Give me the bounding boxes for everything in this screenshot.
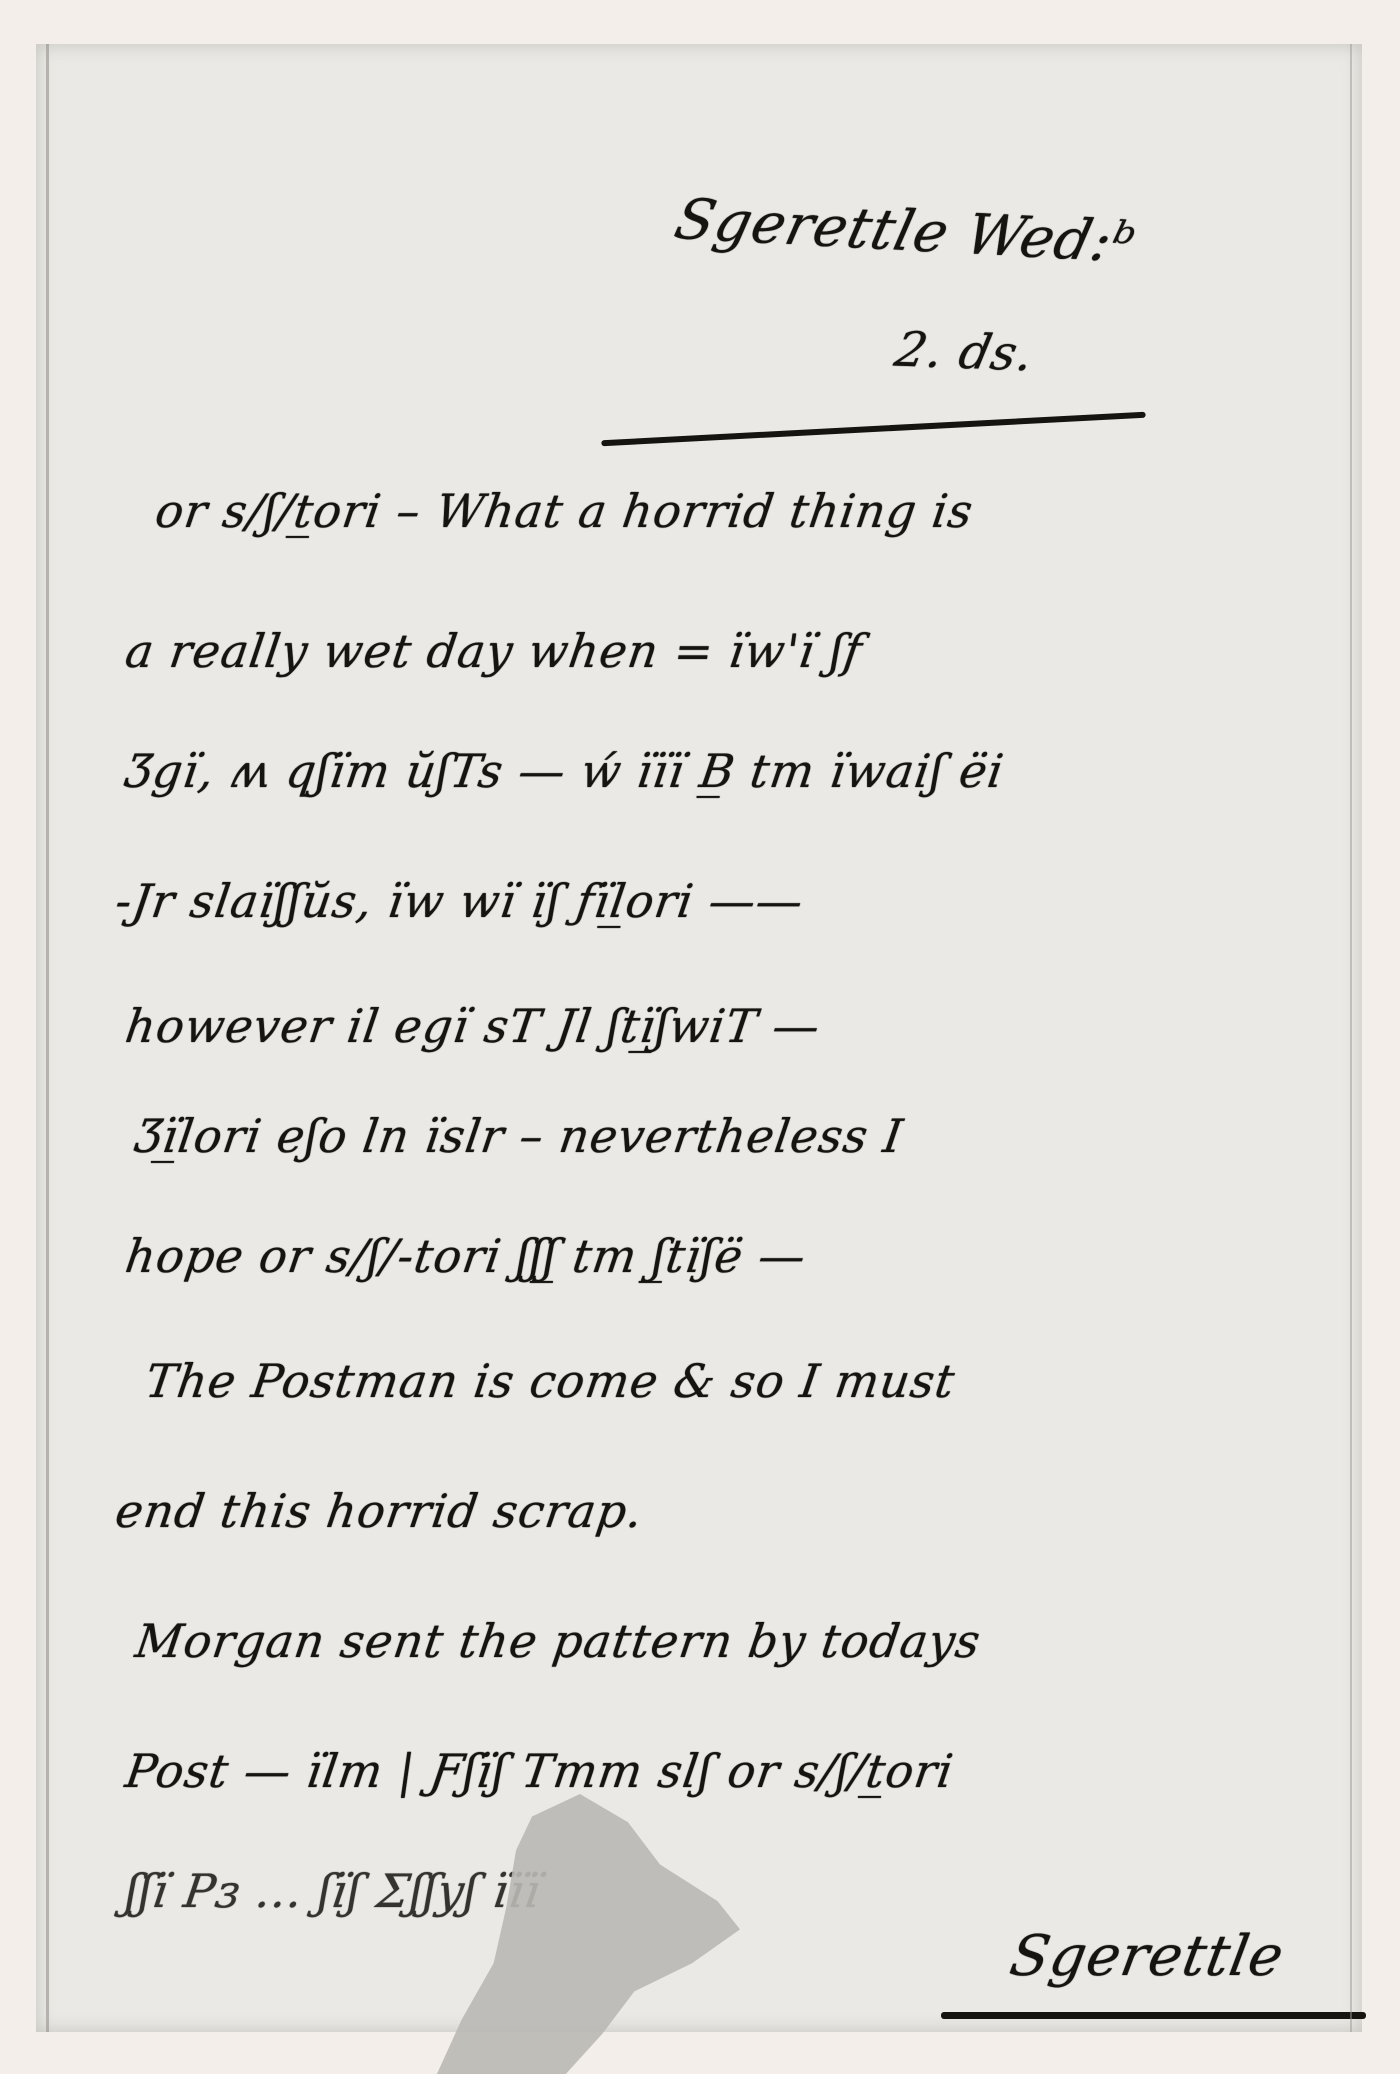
letter-line-7: hope or s/ʃ/-tori ʃʃʃ̲ tm ʃ̲tïʃë — <box>122 1229 809 1283</box>
letter-line-3: Ʒgï, ʍ qʃïm ŭʃTs — ẃ ïïï B̲ tm ïwaiʃ ëi <box>122 744 1007 798</box>
header-underline <box>601 412 1146 447</box>
letter-line-4: -Jr slaïʃʃŭs, ïw wï ïʃ ƒïl̲ori —— <box>112 874 807 928</box>
letter-line-2: a really wet day when = ïw'ï ʃf <box>122 624 866 678</box>
letter-header-date: 2. ds. <box>890 322 1039 382</box>
water-stain <box>436 1794 756 2074</box>
letter-line-5: however il egï sT Jl ʃtï̲ʃwiT — <box>122 999 824 1053</box>
letter-line-9: end this horrid scrap. <box>112 1484 646 1538</box>
letter-line-8: The Postman is come & so I must <box>142 1354 958 1408</box>
letter-header-place: Sgerettle Wed:ᵇ <box>669 187 1143 275</box>
letter-line-12: ʃʃï Pɜ ... ʃïʃ Ʃʃʃyʃ ïïï <box>122 1864 544 1918</box>
signature: Sgerettle <box>1005 1924 1289 1989</box>
signature-underline <box>941 2012 1366 2019</box>
letter-line-6: Ʒï̲lori eʃo ln ïslr – nevertheless I <box>132 1109 907 1163</box>
letter-photograph: Sgerettle Wed:ᵇ 2. ds. or s/ʃ/t̲ori – Wh… <box>36 44 1362 2032</box>
letter-line-11: Post — ïlm | Ƒʃïʃ Tmm slʃ or s/ʃ/t̲ori <box>122 1744 957 1798</box>
letter-line-10: Morgan sent the pattern by todays <box>132 1614 984 1668</box>
letter-line-1: or s/ʃ/t̲ori – What a horrid thing is <box>152 484 977 538</box>
